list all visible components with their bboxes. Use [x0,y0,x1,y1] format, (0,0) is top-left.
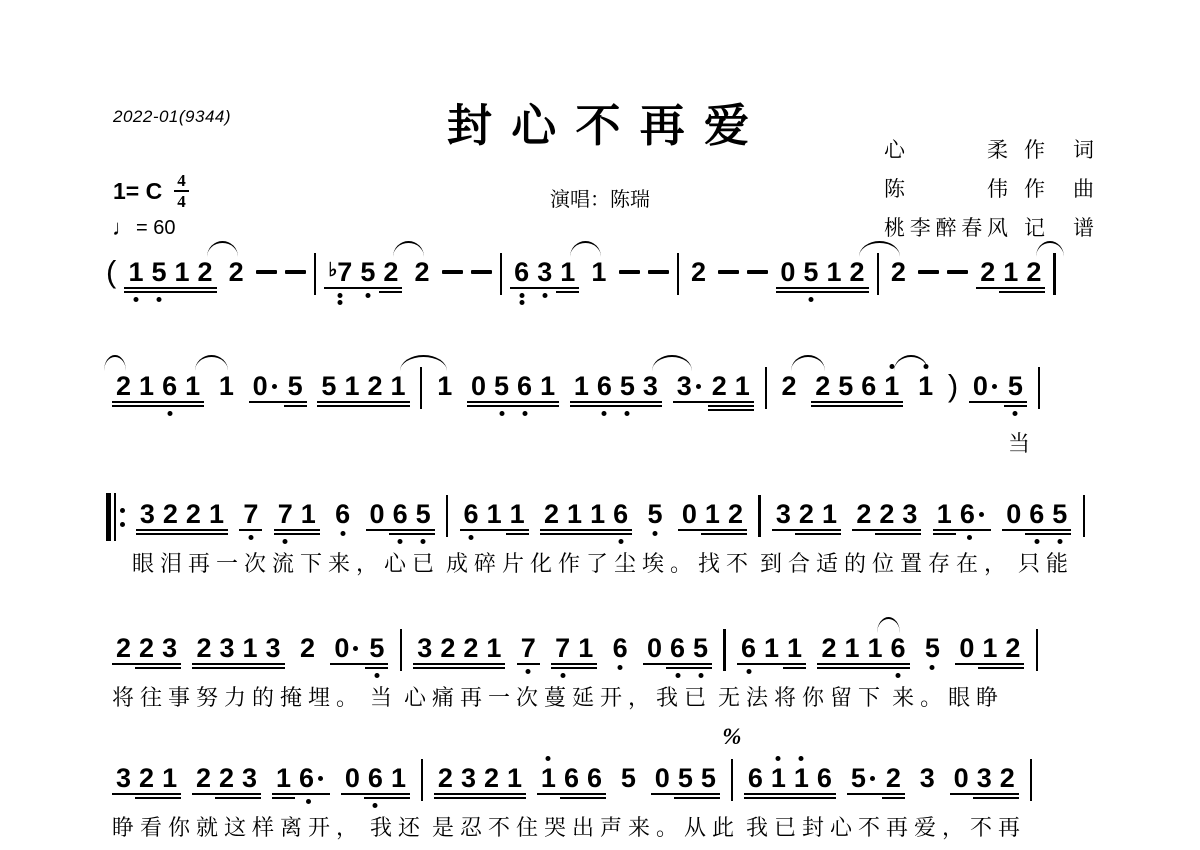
note-digit: 1 [507,763,522,793]
note-5: 5 [317,372,340,400]
lyrics-segment: 是忍不住哭出声来。从此 [432,811,740,842]
pickup-lyric: 当 [1008,427,1030,458]
beam-line [978,663,1001,665]
note-3: 3 [973,764,996,792]
note-3: 3 [533,258,556,286]
lyrics-segment: 将往事努力的掩埋。 [112,681,364,712]
beam-line [724,533,747,535]
note-1: 1 [701,500,724,528]
beam-line [158,793,181,795]
note-2: 2 [817,634,840,662]
barline [446,495,448,537]
low-octave-dot-icon [469,535,474,540]
beam-line [205,529,228,531]
note-digit: 1 [162,763,177,793]
beam-line [284,405,307,407]
note-digit: 6 [1029,499,1044,529]
note-group: 223 [192,764,261,792]
beam-line [510,287,533,289]
note-2: 2 [112,372,135,400]
music-line-5: 3212231606123211665055%6116523032 [112,764,1032,801]
beam-line [364,797,387,799]
beam-line [365,663,388,665]
beam-line [609,533,632,535]
note-2: 2 [708,372,731,400]
note-digit: 5 [647,499,662,529]
beam-line [1022,291,1045,293]
note-1: 1 [999,258,1022,286]
beam-line [412,529,435,531]
note-digit: 2 [229,257,244,287]
beam-line [317,405,340,407]
note-group: 71 [274,500,320,528]
slur-arc [393,241,424,257]
note-1: 1 [205,500,228,528]
beam-line [880,405,903,407]
beam-line [760,663,783,665]
beam-line [583,793,606,795]
beam-line [215,663,238,665]
note-0: 0 [651,764,674,792]
high-octave-dot-icon [776,756,781,761]
note-group: 065 [366,500,435,528]
low-octave-dot-icon [133,297,138,302]
note-digit: 6 [960,499,975,529]
beam-line [840,663,863,665]
note-digit: 1 [391,371,406,401]
beam-line [616,405,639,407]
beam-line [776,291,799,293]
beam-line [1048,529,1071,531]
duration-dash [918,270,939,274]
low-octave-dot-icon [306,799,311,804]
beam-line [182,529,205,531]
duration-dash [648,270,669,274]
note-0: 0 [643,634,666,662]
note-5: 5 [697,764,720,792]
beam-line [517,663,540,665]
beam-line [136,533,159,535]
note-6: 6 [1025,500,1048,528]
beam-line [239,529,262,531]
music-line-4: 22323132053221771606561121165012 [112,634,1038,671]
note-digit: 1 [868,633,883,663]
note-digit: 1 [787,633,802,663]
note-digit: 6 [587,763,602,793]
note-1: 1 [914,372,937,400]
note-digit: 1 [128,257,143,287]
augmentation-dot-icon [866,764,878,792]
note-6: 6 [737,634,760,662]
note-6: 6 [510,258,533,286]
low-octave-dot-icon [421,539,426,544]
note-6: 6 [460,500,483,528]
note-digit: 2 [1026,257,1041,287]
beam-line [708,401,731,403]
barline [758,495,760,537]
barline: % [731,759,733,801]
beam-line [731,401,754,403]
beam-line [136,529,159,531]
note-0: 0 [366,500,389,528]
beam-line [887,663,910,665]
note-group: 2161 [112,372,204,400]
note-2: 2 [192,634,215,662]
duration-dash [619,270,640,274]
beam-line [387,797,410,799]
beam-line [673,401,708,403]
note-digit: 3 [677,371,692,401]
beam-line [215,667,238,669]
note-digit: 6 [748,763,763,793]
barline [420,367,422,409]
note-2: 2 [1001,634,1024,662]
beam-line [459,667,482,669]
note-2: 2 [687,258,710,286]
note-digit: 2 [116,371,131,401]
beam-line [795,533,818,535]
note-6: 6 [158,372,181,400]
beam-line [513,405,536,407]
beam-line [215,797,238,799]
note-digit: 2 [367,371,382,401]
slur-arc [652,355,692,371]
note-0: 0 [467,372,490,400]
note-digit: 2 [891,257,906,287]
note-0: 0 [678,500,701,528]
segno-icon: % [722,724,741,750]
note-digit: 6 [597,371,612,401]
note-digit: 7 [337,257,352,287]
note-5: 5 [921,634,944,662]
note-5: 5 [1004,372,1027,400]
note-digit: 2 [415,257,430,287]
note-digit: 7 [278,499,293,529]
beam-line [790,793,813,795]
note-2: 2 [411,258,434,286]
slur-arc [791,355,825,371]
note-group: 061 [341,764,410,792]
note-6: 6 [364,764,387,792]
note-0: 0 [1002,500,1025,528]
note-digit: 2 [163,499,178,529]
lyrics-segment: 当 [370,681,398,712]
beam-line [701,533,724,535]
note-7: 7 [239,500,262,528]
beam-line [387,793,410,795]
note-1: 1 [783,634,806,662]
note-digit: 2 [300,633,315,663]
beam-line [158,667,181,669]
note-group: ♭752 [324,258,402,290]
note-group: 1653 [570,372,662,400]
note-2: 2 [135,634,158,662]
beam-line [459,663,482,665]
note-digit: 1 [560,257,575,287]
beam-line [379,291,402,293]
beam-line [1004,401,1027,403]
note-1: 1 [864,634,887,662]
beam-line [731,405,754,407]
note-0: 0 [341,764,364,792]
duration-dash [442,270,463,274]
beam-line [387,401,410,403]
barline [314,253,316,295]
note-group: 05 [969,372,1027,400]
note-digit: 6 [613,499,628,529]
note-1: 1 [181,372,204,400]
note-group: 16 [272,764,330,792]
beam-line [857,401,880,403]
note-group: 212 [976,258,1045,286]
note-2: 2 [215,764,238,792]
beam-line [135,793,158,795]
slur-arc [104,355,126,371]
beam-line [708,405,731,407]
lyrics-segment: 我还 [370,811,426,842]
beam-line [969,401,1004,403]
beam-line [950,793,973,795]
note-group: 05 [330,634,388,662]
note-5: 5 [356,258,379,286]
note-0: 0 [969,372,1004,400]
low-octave-dot-icon [374,673,379,678]
beam-line [112,405,135,407]
note-1: 1 [158,764,181,792]
note-digit: 5 [416,499,431,529]
music-line-2: 21611055121105611653321225611)05 [112,372,1040,409]
beam-line [639,401,662,403]
beam-line [864,667,887,669]
beam-line [238,793,261,795]
note-1: 1 [536,372,559,400]
note-digit: 1 [486,633,501,663]
note-6: 6 [513,372,536,400]
beam-line [880,401,903,403]
beam-line [194,291,217,293]
note-digit: 3 [776,499,791,529]
note-digit: 1 [771,763,786,793]
beam-line [1004,405,1027,407]
note-1: 1 [171,258,194,286]
beam-line [586,529,609,531]
beam-line [171,287,194,289]
note-2: 2 [852,500,875,528]
note-6: 6 [813,764,836,792]
note-3: 3 [238,764,261,792]
note-3: 3 [639,372,662,400]
note-digit: 3 [902,499,917,529]
note-2: 2 [112,634,135,662]
beam-line [822,287,845,289]
low-octave-dot-icon [602,411,607,416]
low-octave-dot-icon [283,539,288,544]
beam-line [366,529,389,531]
beam-line [379,287,402,289]
beam-line [776,287,799,289]
note-digit: 6 [335,499,350,529]
beam-line [340,405,363,407]
note-5: 5 [365,634,388,662]
beam-line [811,401,834,403]
beam-line [467,401,490,403]
note-digit: 5 [701,763,716,793]
beam-line [882,793,905,795]
note-digit: 5 [288,371,303,401]
note-1: 1 [506,500,529,528]
beam-line [159,529,182,531]
beam-line [480,797,503,799]
augmentation-dot-icon [988,372,1000,400]
note-digit: 3 [920,763,935,793]
note-digit: 2 [198,257,213,287]
note-digit: 5 [621,763,636,793]
note-digit: 1 [276,763,291,793]
beam-line [540,533,563,535]
duration-dash [718,270,739,274]
note-1: 1 [297,500,320,528]
note-group: 2321 [434,764,526,792]
note-6: 6 [560,764,583,792]
beam-line [875,529,898,531]
beam-line [1048,533,1071,535]
barline [1030,759,1032,801]
note-3: 3 [673,372,708,400]
note-3: 3 [457,764,480,792]
note-group: 71 [551,634,597,662]
beam-line [834,401,857,403]
note-digit: 3 [461,763,476,793]
beam-line [976,287,999,289]
note-digit: 5 [1008,371,1023,401]
note-1: 1 [124,258,147,286]
note-group: 7 [517,634,540,662]
beam-line [731,409,754,411]
note-1: 1 [387,764,410,792]
beam-line [457,793,480,795]
note-digit: 6 [162,371,177,401]
beam-line [999,291,1022,293]
note-1: 1 [760,634,783,662]
beam-line [689,663,712,665]
beam-line [674,797,697,799]
note-group: 012 [678,500,747,528]
note-2: 2 [976,258,999,286]
note-group: 16 [933,500,991,528]
beam-line [490,405,513,407]
beam-line [413,663,436,665]
parenthesis: ) [948,370,958,401]
note-2: 2 [480,764,503,792]
note-1: 1 [135,372,158,400]
beam-line [192,793,215,795]
low-octave-dot-icon [896,673,901,678]
low-octave-dot-icon [930,665,935,670]
note-1: 1 [933,500,956,528]
lyrics-line-4: 将往事努力的掩埋。当心痛再一次蔓延开，我已无法将你留下来。眼睁 [112,681,1010,712]
beam-line [274,529,297,531]
beam-line [364,793,387,795]
note-digit: 0 [973,371,988,401]
lyrics-segment: 到合适的位置存在， [760,547,1012,578]
note-group: 5121 [317,372,409,400]
beam-line [933,529,956,531]
note-digit: 3 [140,499,155,529]
augmentation-dot-icon [268,372,280,400]
note-group: 0512 [776,258,868,286]
low-octave-dot-icon [499,411,504,416]
low-octave-dot-icon [808,297,813,302]
note-1: 1 [731,372,754,400]
beam-line [181,401,204,403]
beam-line [570,405,593,407]
note-digit: 6 [564,763,579,793]
note-5: 5 [412,500,435,528]
beam-line [536,405,559,407]
note-group: 05 [249,372,307,400]
beam-line [556,287,579,289]
beam-line [795,529,818,531]
note-5: 5 [490,372,513,400]
note-5: 5 [799,258,822,286]
beam-line [822,291,845,293]
beam-line [898,533,921,535]
note-digit: 5 [369,633,384,663]
note-digit: 2 [139,763,154,793]
beam-line [192,663,215,665]
lyrics-segment: 无法将你留下 [718,681,886,712]
beam-line [845,291,868,293]
note-digit: 2 [383,257,398,287]
beam-line [434,797,457,799]
note-digit: 2 [691,257,706,287]
beam-line [467,405,490,407]
lyrics-segment: 来。眼睁 [892,681,1004,712]
score-area: (15122♭752263112051222122161105512110561… [0,0,1200,850]
note-digit: 1 [937,499,952,529]
beam-line [324,287,356,289]
beam-line [973,793,996,795]
beam-line [799,291,822,293]
note-group: 321 [772,500,841,528]
note-2: 2 [887,258,910,286]
note-group: 0561 [467,372,559,400]
lyrics-segment: 睁看你就这样离开， [112,811,364,842]
note-5: 5 [284,372,307,400]
beam-line [135,797,158,799]
note-2: 2 [192,764,215,792]
note-digit: 1 [591,257,606,287]
note-digit: 1 [301,499,316,529]
augmentation-dot-icon [349,634,361,662]
lyrics-segment: 心痛再一次蔓延开，我已 [404,681,712,712]
augmentation-dot-icon [692,372,704,400]
note-digit: 1 [918,371,933,401]
note-2: 2 [777,372,800,400]
beam-line [643,663,666,665]
note-digit: 1 [541,763,556,793]
note-digit: 1 [590,499,605,529]
note-digit: 6 [393,499,408,529]
beam-line [864,663,887,665]
note-2: 2 [882,764,905,792]
beam-line [651,793,674,795]
note-6: 6 [593,372,616,400]
note-digit: 2 [139,633,154,663]
beam-line [973,797,996,799]
beam-line [616,401,639,403]
note-1: 1 [570,372,593,400]
